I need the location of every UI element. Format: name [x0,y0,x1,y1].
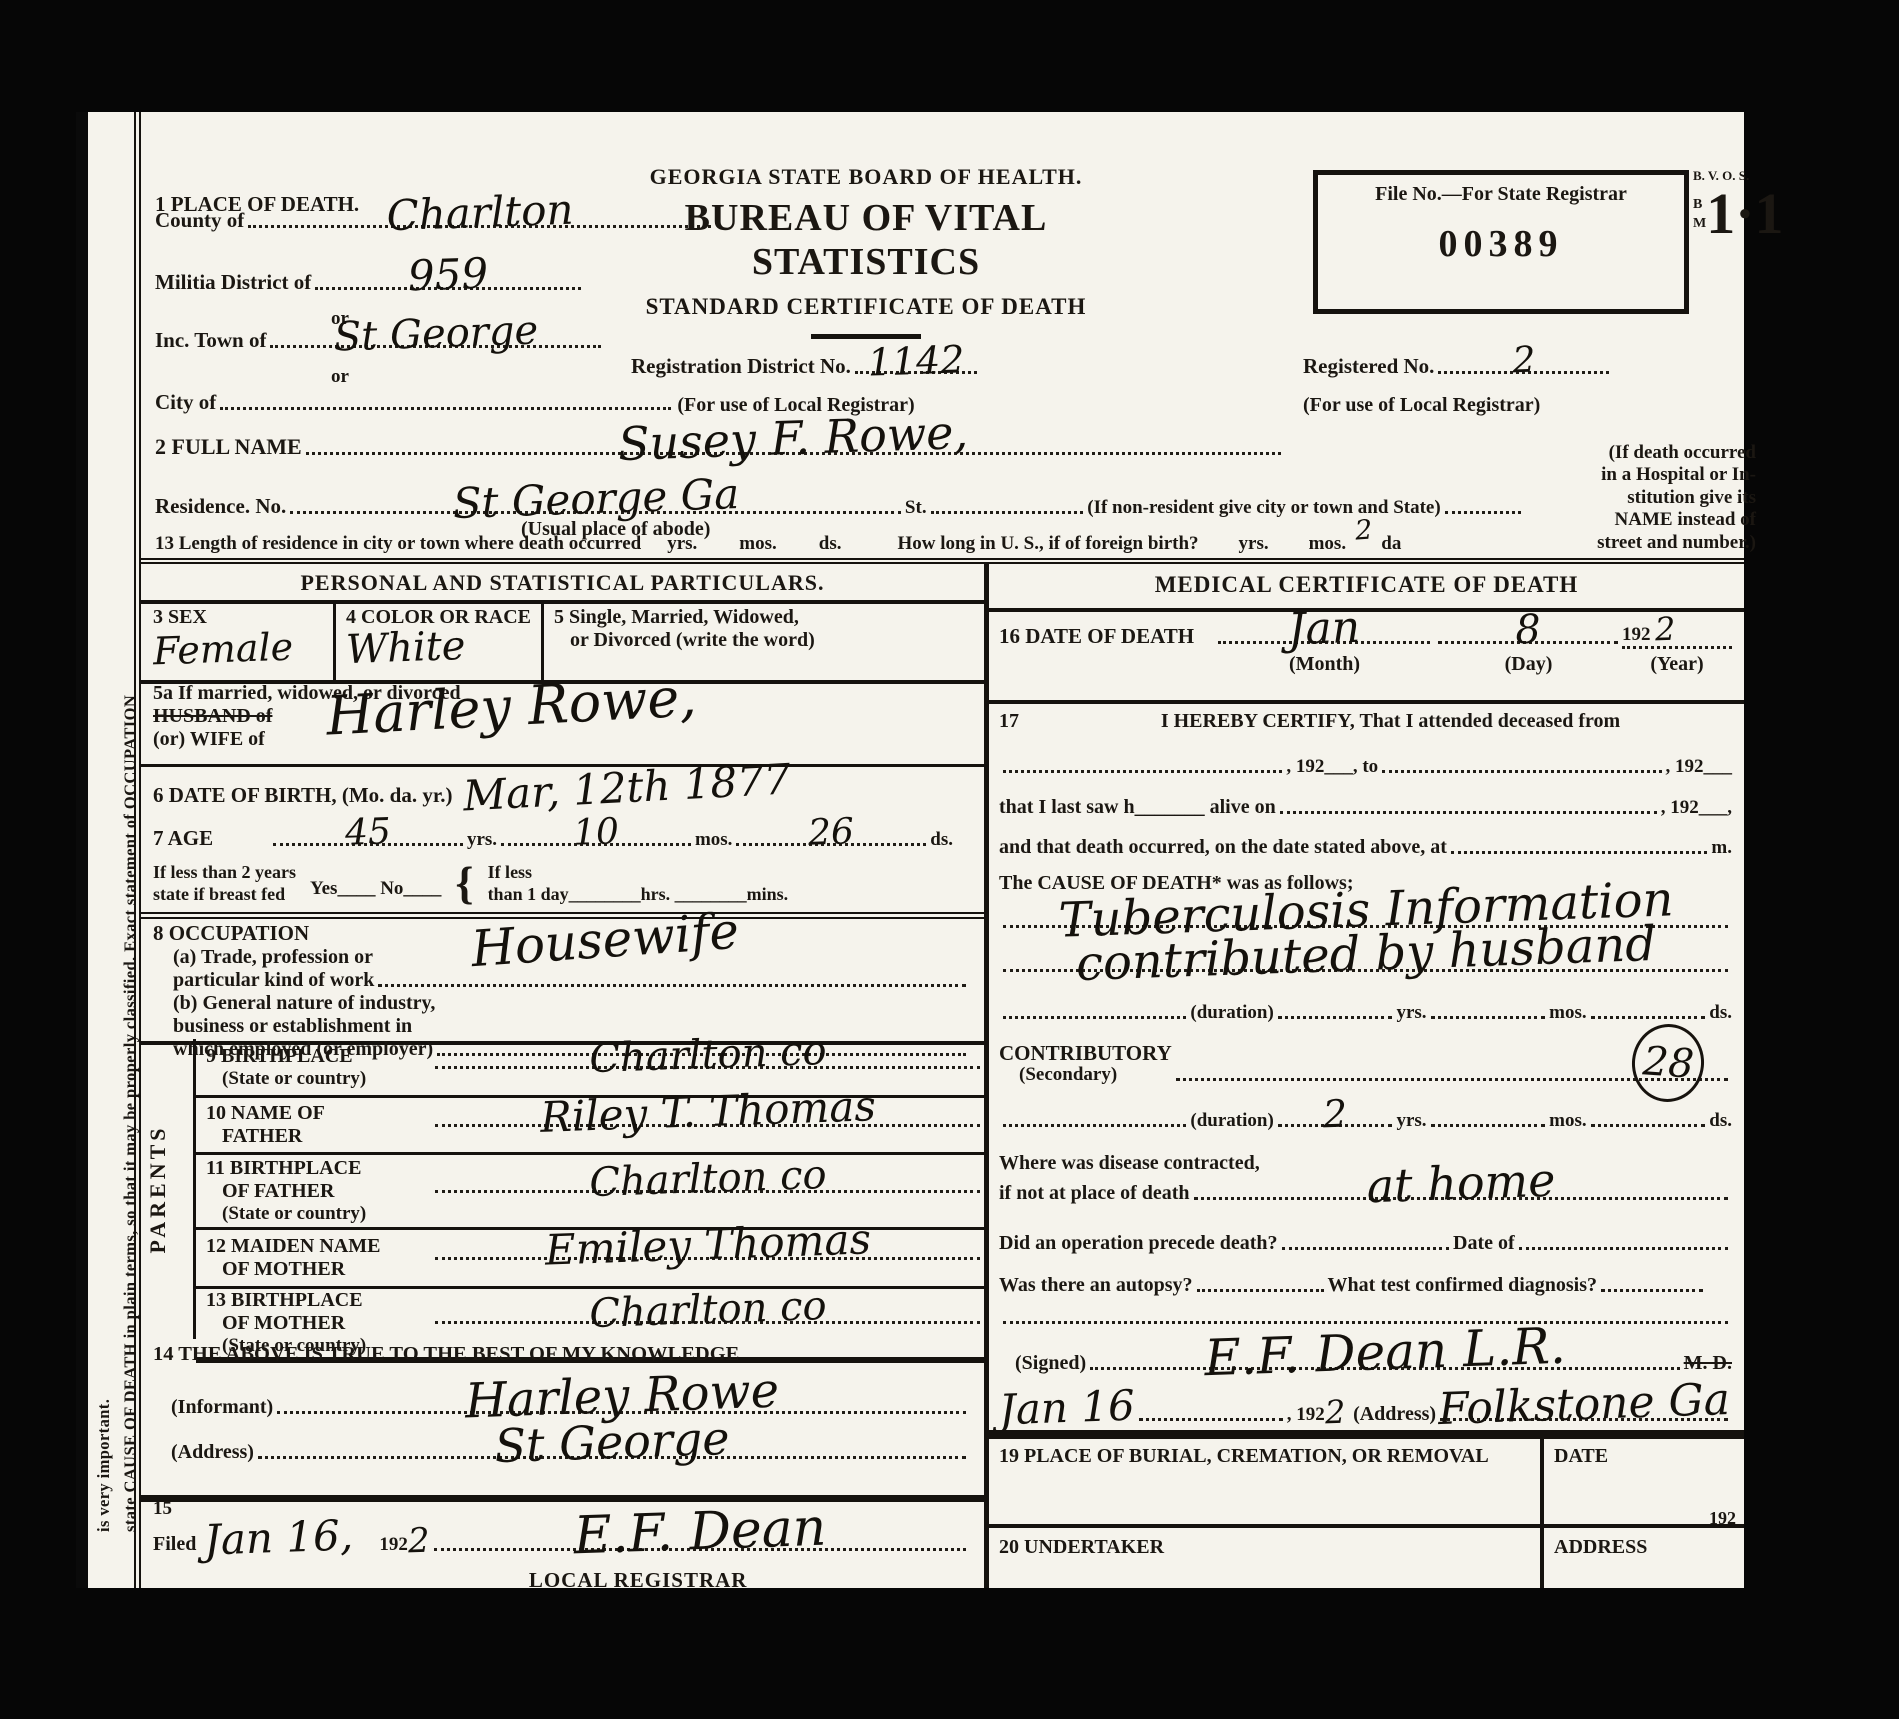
occupation-a2: particular kind of work [173,969,374,992]
title-divider [811,334,921,339]
mother-name-handwritten: Emiley Thomas [544,1221,871,1268]
occupation-b1: (b) General nature of industry, [173,992,970,1015]
howlong-yrs: yrs. [1239,533,1269,555]
marital-label-line2: or Divorced (write the word) [570,629,984,652]
length-yrs: yrs. [667,533,697,555]
cause-field-2: contributed by husband [1003,964,1728,972]
ifless-label: If less than 1 day________hrs. ________m… [488,862,789,905]
mother-label-block: 12 MAIDEN NAME OF MOTHER [206,1235,431,1281]
sign-address-field: Folkstone Ga [1440,1413,1728,1421]
duration1-yrs: yrs. [1396,1002,1426,1024]
undertaker-cell: 20 UNDERTAKER [989,1528,1540,1588]
medical-title: MEDICAL CERTIFICATE OF DEATH [989,572,1744,598]
corner-letters: B M [1693,195,1706,234]
dod-month-field: Jan [1218,636,1430,644]
parents-rows: 9 BIRTHPLACE (State or country) Charlton… [193,1039,984,1339]
signed-handwritten: E.F. Dean L.R. [1204,1324,1567,1379]
last-saw-label: that I last saw h_______ alive on [999,796,1276,819]
duration1-mos: mos. [1549,1002,1586,1024]
mother-label-2: OF MOTHER [222,1258,431,1281]
parents-block: PARENTS 9 BIRTHPLACE (State or country) … [141,1039,984,1339]
occupation-field [378,979,966,987]
age-years-field: 45 [273,838,463,846]
registrar-signature-field: E.F. Dean [434,1543,966,1551]
date-of-death-line: 16 DATE OF DEATH Jan 8 192 2 [999,616,1732,649]
certify-label: I HEREBY CERTIFY, That I attended deceas… [1049,710,1732,733]
duration2-mos: mos. [1549,1110,1586,1132]
certify-dates-line: , 192___, to , 192___ [999,756,1732,778]
informant-line: (Informant) Harley Rowe [153,1396,970,1419]
personal-title: PERSONAL AND STATISTICAL PARTICULARS. [141,570,984,596]
dod-day-handwritten: 8 [1515,613,1542,648]
certificate-body: 1 PLACE OF DEATH. County of Charlton Mil… [134,112,1744,1588]
cause-line-2: contributed by husband [999,964,1732,977]
father-label-1: 10 NAME OF [206,1102,431,1125]
age-ds-unit: ds. [930,829,953,851]
registration-district-field: 1142 [855,366,977,374]
race-cell: 4 COLOR OR RACE White [333,604,541,680]
duration2-yrs: yrs. [1396,1110,1426,1132]
medical-title-rule [989,608,1744,612]
full-name-label: 2 FULL NAME [155,434,302,460]
day-note: (Day) [1435,653,1622,676]
operation-label: Did an operation precede death? [999,1232,1278,1255]
year-note: (Year) [1622,653,1732,676]
last-saw-end: , 192___, [1661,797,1732,819]
militia-label: Militia District of [155,270,311,295]
residence-line: Residence. No. St George Ga St. (If non-… [155,494,1525,519]
city-label: City of [155,390,216,415]
filed-line: Filed Jan 16, 192 2 E.F. Dean [153,1520,970,1556]
breastfed-line2: state if breast fed [153,884,296,906]
operation-date-field [1519,1242,1728,1250]
county-handwritten: Charlton [386,192,574,234]
full-name-handwritten: Susey F. Rowe, [618,413,969,464]
personal-column: PERSONAL AND STATISTICAL PARTICULARS. 3 … [141,564,984,1588]
certificate-title: STANDARD CERTIFICATE OF DEATH [571,294,1161,320]
city-line: City of [155,390,675,415]
mother-bp-label-2: OF MOTHER [222,1312,431,1335]
date-of-death-label: 16 DATE OF DEATH [999,624,1214,649]
birthplace-field: Charlton co [435,1061,980,1069]
age-mos-unit: mos. [695,829,732,851]
marital-label-line1: 5 Single, Married, Widowed, [554,606,984,629]
contributory-line: CONTRIBUTORY (Secondary) [999,1042,1732,1086]
duration1-label: (duration) [1190,1002,1273,1024]
father-bp-label-block: 11 BIRTHPLACE OF FATHER (State or countr… [206,1157,431,1225]
militia-handwritten: 959 [407,256,488,294]
autopsy-field [1197,1284,1324,1292]
duration2-mos-field [1431,1119,1546,1127]
secondary-label: (Secondary) [1019,1065,1172,1086]
death-occurred-line: and that death occurred, on the date sta… [999,836,1732,859]
filed-year-handwritten: 2 [407,1526,430,1556]
death-occurred-field [1451,846,1707,854]
filed-block: 15 Filed Jan 16, 192 2 E.F. Dean LOCAL R… [141,1496,984,1588]
certify-from-field [1003,765,1282,773]
ifless-line1: If less [488,862,789,884]
length-label: 13 Length of residence in city or town w… [155,533,641,555]
registration-district-line: Registration District No. 1142 [631,354,981,379]
sign-date-handwritten: Jan 16 [998,1388,1135,1428]
informant-address-label: (Address) [171,1441,254,1464]
certify-line: 17 I HEREBY CERTIFY, That I attended dec… [999,710,1732,733]
last-saw-line: that I last saw h_______ alive on , 192_… [999,796,1732,819]
sign-address-handwritten: Folkstone Ga [1438,1381,1731,1429]
occupation-b2: business or establishment in [173,1015,970,1038]
registration-district-label: Registration District No. [631,354,851,379]
sign-year-printed: , 192 [1287,1404,1325,1426]
burial-label: 19 PLACE OF BURIAL, CREMATION, OR REMOVA… [999,1445,1489,1467]
file-box-label: File No.—For State Registrar [1318,183,1684,206]
age-yrs-unit: yrs. [467,829,497,851]
informant-address-handwritten: St George [494,1419,730,1466]
age-days-handwritten: 26 [808,818,855,850]
certificate-page: state CAUSE OF DEATH in plain terms, so … [76,112,1744,1588]
inc-town-handwritten: St George [333,313,538,354]
duration2-ds: ds. [1709,1110,1732,1132]
length-of-residence-line: 13 Length of residence in city or town w… [155,532,1745,555]
duration-line-2: (duration) 2 yrs. mos. ds. [999,1110,1732,1132]
registered-no-note: (For use of Local Registrar) [1303,394,1540,417]
howlong-label: How long in U. S., if of foreign birth? [898,533,1199,555]
birthplace-label: 9 BIRTHPLACE [206,1045,431,1068]
dod-sub-labels: (Month) (Day) (Year) [999,653,1732,676]
father-birthplace-field: Charlton co [435,1185,980,1193]
local-registrar-label: LOCAL REGISTRAR [529,1568,970,1593]
militia-field: 959 [315,282,581,290]
city-field [220,402,671,410]
informant-field: Harley Rowe [277,1406,966,1414]
true-statement-label: 14 THE ABOVE IS TRUE TO THE BEST OF MY K… [153,1343,970,1366]
sex-cell: 3 SEX Female [141,604,333,680]
breastfed-line1: If less than 2 years [153,862,296,884]
residence-field-2 [1445,506,1521,514]
age-label: 7 AGE [153,826,213,851]
duration1-ds: ds. [1709,1002,1732,1024]
title-block: GEORGIA STATE BOARD OF HEALTH. BUREAU OF… [571,164,1161,339]
autopsy-label: Was there an autopsy? [999,1274,1193,1297]
ifless-line2: than 1 day________hrs. ________mins. [488,884,789,906]
registrar-signature-handwritten: E.F. Dean [573,1505,827,1558]
burial-date-cell: DATE 192 [1540,1439,1744,1533]
signed-field: E.F. Dean L.R. [1090,1362,1680,1370]
duration1-yrs-field [1278,1011,1393,1019]
inc-town-label: Inc. Town of [155,328,266,353]
father-name-row: 10 NAME OF FATHER Riley T. Thomas [196,1098,984,1155]
full-name-line: 2 FULL NAME Susey F. Rowe, [155,434,1285,460]
undertaker-address-header: ADDRESS [1554,1536,1647,1558]
undertaker-address-cell: ADDRESS [1540,1528,1744,1588]
mother-name-row: 12 MAIDEN NAME OF MOTHER Emiley Thomas [196,1230,984,1289]
duration2-lead-field [1003,1119,1186,1127]
dob-line: 6 DATE OF BIRTH, (Mo. da. yr.) Mar, 12th… [153,772,943,808]
father-bp-state-note: (State or country) [222,1203,431,1225]
corner-letter-top: B [1693,195,1706,215]
age-months-handwritten: 10 [573,818,620,850]
operation-line: Did an operation precede death? Date of [999,1232,1732,1255]
parents-vertical-label: PARENTS [145,1124,171,1253]
father-birthplace-handwritten: Charlton co [588,1157,826,1199]
informant-label: (Informant) [171,1396,273,1419]
margin-note-line2: is very important. [91,232,117,1532]
occupation-a2-line: particular kind of work [173,969,970,992]
contributory-label: CONTRIBUTORY [999,1042,1172,1065]
duration2-yrs-handwritten: 2 [1322,1097,1347,1130]
sign-date-line: Jan 16 , 192 2 (Address) Folkstone Ga [999,1390,1732,1426]
occupation-block: 8 OCCUPATION (a) Trade, profession or pa… [141,919,984,1045]
mother-name-field: Emiley Thomas [435,1252,980,1260]
duration1-lead-field [1003,1011,1186,1019]
test-label: What test confirmed diagnosis? [1328,1274,1597,1297]
dob-label: 6 DATE OF BIRTH, (Mo. da. yr.) [153,783,453,808]
howlong-mos: mos. [1309,533,1346,555]
signed-label: (Signed) [1015,1352,1086,1375]
dod-year-printed: 192 [1622,624,1651,645]
inc-town-field: St George [270,340,601,348]
md-label: M. D. [1684,1352,1732,1375]
autopsy-line: Was there an autopsy? What test confirme… [999,1274,1732,1297]
informant-block: 14 THE ABOVE IS TRUE TO THE BEST OF MY K… [141,1339,984,1502]
operation-field [1282,1242,1449,1250]
registered-no-label: Registered No. [1303,354,1434,379]
howlong-handwritten: 2 [1354,519,1373,543]
dod-rule [989,700,1744,704]
dod-day-field: 8 [1438,636,1618,644]
age-months-field: 10 [501,838,691,846]
residence-field: St George Ga [290,506,901,514]
mother-bp-label-1: 13 BIRTHPLACE [206,1289,431,1312]
residence-label: Residence. No. [155,494,286,519]
duration1-mos-field [1431,1011,1546,1019]
father-label-block: 10 NAME OF FATHER [206,1102,431,1148]
certify-192b: , 192___ [1666,756,1733,778]
race-handwritten: White [345,629,466,667]
where-contracted-field: at home [1194,1192,1728,1200]
duration2-label: (duration) [1190,1110,1273,1132]
father-name-field: Riley T. Thomas [435,1119,980,1127]
spouse-row: 5a If married, widowed, or divorced HUSB… [141,680,984,767]
length-mos: mos. [739,533,776,555]
informant-address-field: St George [258,1451,966,1459]
sign-year-handwritten: 2 [1324,1398,1345,1426]
dod-year-field: 192 2 [1622,616,1732,649]
where-contracted-line: if not at place of death at home [999,1182,1732,1205]
registered-no-field: 2 [1438,366,1609,374]
howlong-da: da [1381,533,1401,555]
registered-no-handwritten: 2 [1512,346,1536,377]
militia-line: Militia District of 959 [155,270,585,295]
informant-address-line: (Address) St George [153,1441,970,1464]
stamp-number: 28 [1641,1044,1694,1081]
burial-date-header: DATE [1554,1445,1608,1467]
duration1-ds-field [1591,1011,1706,1019]
county-label: County of [155,208,244,233]
burial-cell: 19 PLACE OF BURIAL, CREMATION, OR REMOVA… [989,1439,1540,1533]
father-bp-label-2: OF FATHER [222,1180,431,1203]
marital-cell: 5 Single, Married, Widowed, or Divorced … [541,604,984,680]
inc-town-line: Inc. Town of St George [155,328,605,353]
breastfed-row: If less than 2 years state if breast fed… [141,862,984,919]
item17-label: 17 [999,710,1049,733]
sign-date-field [1139,1413,1283,1421]
medical-column: MEDICAL CERTIFICATE OF DEATH 16 DATE OF … [984,564,1744,1588]
breastfed-label: If less than 2 years state if breast fed [153,862,296,905]
death-occurred-m: m. [1711,837,1732,859]
street-field [931,506,1084,514]
duration2-yrs-field: 2 [1278,1119,1393,1127]
where-contracted-label-2: if not at place of death [999,1182,1190,1205]
date-of-death-block: 16 DATE OF DEATH Jan 8 192 2 (Month) (Da… [999,616,1732,700]
registration-district-handwritten: 1142 [867,343,965,379]
date-of-label: Date of [1453,1232,1515,1255]
nonresident-note: (If non-resident give city or town and S… [1087,497,1440,519]
mother-birthplace-field: Charlton co [435,1316,980,1324]
full-name-field: Susey F. Rowe, [306,447,1281,455]
where-contracted-label-1: Where was disease contracted, [999,1152,1260,1175]
spouse-handwritten: Harley Rowe, [325,674,697,739]
file-number-value: 00389 [1318,222,1684,266]
or-label-2: or [331,366,349,388]
registered-no-line: Registered No. 2 [1303,354,1613,379]
death-occurred-label: and that death occurred, on the date sta… [999,836,1447,859]
age-line: 7 AGE 45 yrs. 10 mos. 26 ds. [153,826,953,851]
filed-year-printed: 192 [379,1534,408,1556]
birthplace-handwritten: Charlton co [588,1033,826,1075]
age-years-handwritten: 45 [345,818,392,850]
street-label: St. [905,497,927,519]
undertaker-label: 20 UNDERTAKER [999,1536,1164,1558]
father-label-2: FATHER [222,1125,431,1148]
father-name-handwritten: Riley T. Thomas [539,1088,876,1135]
undertaker-row: 20 UNDERTAKER ADDRESS [989,1524,1744,1588]
brace-glyph: { [455,862,473,903]
sex-handwritten: Female [152,631,293,668]
duration2-ds-field [1591,1119,1706,1127]
test-field [1601,1284,1703,1292]
corner-number: 1·1 [1706,188,1783,240]
occupation-handwritten: Housewife [470,910,740,971]
stamp-circle: 28 [1628,1020,1708,1105]
mother-label-1: 12 MAIDEN NAME [206,1235,431,1258]
burial-row: 19 PLACE OF BURIAL, CREMATION, OR REMOVA… [989,1430,1744,1533]
board-title: GEORGIA STATE BOARD OF HEALTH. [571,164,1161,190]
residence-handwritten: St George Ga [452,476,740,522]
corner-code-block: B. V. O. S. B M 1·1 [1693,168,1763,240]
duration-line-1: (duration) yrs. mos. ds. [999,1002,1732,1024]
cause-handwritten-2: contributed by husband [1075,924,1656,985]
breastfed-yes-no: Yes____ No____ [310,862,441,900]
sign-address-label: (Address) [1353,1403,1436,1426]
dod-month-handwritten: Jan [1287,608,1360,648]
last-saw-field [1280,806,1657,814]
corner-letter-bottom: M [1693,214,1706,234]
birthplace-label-block: 9 BIRTHPLACE (State or country) [206,1045,431,1090]
filed-date-handwritten: Jan 16, [204,1517,354,1558]
certify-192a: , 192___, to [1286,756,1378,778]
filed-label: Filed [153,1533,196,1556]
mother-birthplace-handwritten: Charlton co [588,1289,826,1331]
dob-handwritten: Mar, 12th 1877 [462,761,791,814]
where-contracted-handwritten: at home [1366,1161,1556,1207]
bureau-title: BUREAU OF VITAL STATISTICS [571,196,1161,284]
birthplace-state-note: (State or country) [222,1068,431,1090]
certify-to-field [1382,765,1661,773]
signed-line: (Signed) E.F. Dean L.R. M. D. [999,1352,1732,1375]
age-days-field: 26 [736,838,926,846]
dod-year-handwritten: 2 [1654,616,1675,644]
contributory-block: CONTRIBUTORY (Secondary) 28 [999,1042,1732,1088]
scanned-death-certificate: state CAUSE OF DEATH in plain terms, so … [0,0,1899,1719]
file-number-box: File No.—For State Registrar 00389 [1313,170,1689,314]
father-bp-label-1: 11 BIRTHPLACE [206,1157,431,1180]
month-note: (Month) [1214,653,1435,676]
length-ds: ds. [819,533,842,555]
